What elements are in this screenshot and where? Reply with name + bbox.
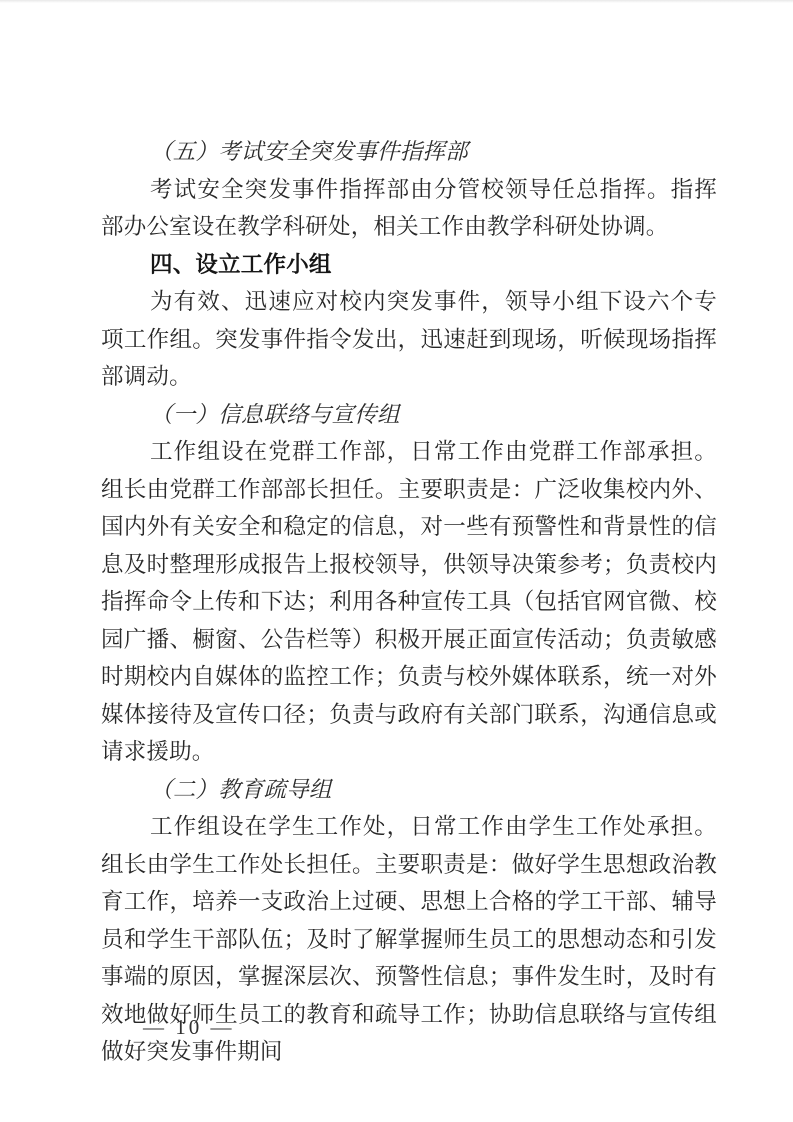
section-heading-4: 四、设立工作小组 [101,246,717,284]
document-body: （五）考试安全突发事件指挥部 考试安全突发事件指挥部由分管校领导任总指挥。指挥部… [101,133,717,1071]
paragraph: 为有效、迅速应对校内突发事件，领导小组下设六个专项工作组。突发事件指令发出，迅速… [101,283,717,396]
section-subheading-5: （五）考试安全突发事件指挥部 [101,133,717,171]
paragraph: 工作组设在党群工作部，日常工作由党群工作部承担。组长由党群工作部部长担任。主要职… [101,433,717,771]
scan-edge-artifact [0,0,793,3]
paragraph: 考试安全突发事件指挥部由分管校领导任总指挥。指挥部办公室设在教学科研处，相关工作… [101,171,717,246]
page-number: — 10 — [143,1012,235,1042]
section-subheading-1: （一）信息联络与宣传组 [101,396,717,434]
document-page: （五）考试安全突发事件指挥部 考试安全突发事件指挥部由分管校领导任总指挥。指挥部… [0,0,793,1122]
section-subheading-2: （二）教育疏导组 [101,771,717,809]
